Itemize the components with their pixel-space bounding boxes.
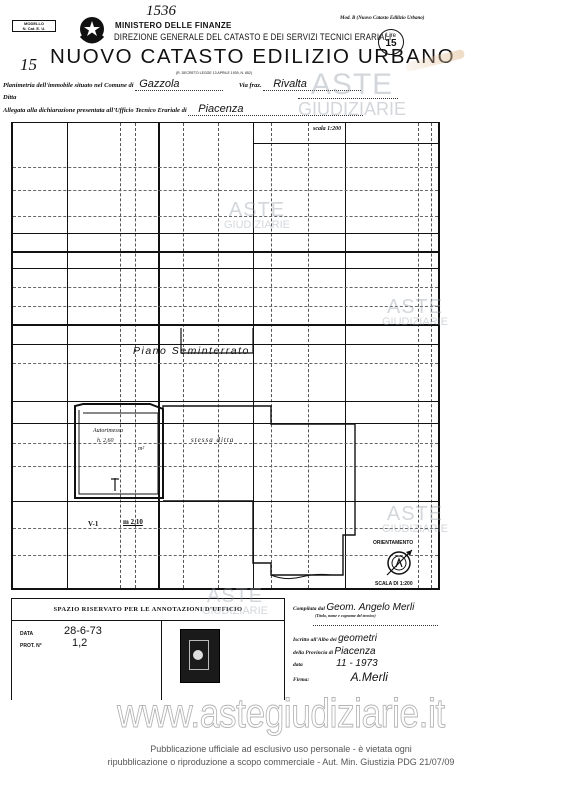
blank-field: [313, 625, 438, 626]
ditta-label: Ditta: [3, 94, 16, 101]
via-value: Rivalta: [273, 78, 307, 90]
handwritten-file-number: 1536: [146, 3, 176, 20]
italian-republic-emblem-icon: [78, 14, 106, 46]
office-prot-label: PROT. N°: [20, 643, 42, 649]
firma-label: Firma:: [293, 677, 309, 683]
disclaimer-line-2: ripubblicazione o riproduzione a scopo c…: [0, 757, 562, 767]
iscritto-row: Iscritto all'Albo dei geometri: [293, 633, 377, 644]
allegata-label: Allegata alla dichiarazione presentata a…: [3, 107, 187, 114]
disclaimer-line-1: Pubblicazione ufficiale ad esclusivo uso…: [0, 744, 562, 754]
office-annotations-left: DATA 28-6-73 PROT. N° 1,2: [12, 621, 162, 700]
direction-name: DIREZIONE GENERALE DEL CATASTO E DEI SER…: [114, 32, 391, 43]
ufficio-field: Piacenza: [188, 103, 363, 116]
ditta-field: [298, 98, 398, 99]
stamp-box-sub: N. Cat. E. U.: [13, 26, 55, 31]
document-subtitle: (R. DECRETO LEGGE 13 APRILE 1939, N. 652…: [176, 71, 252, 75]
room-label-garage: Autorimessa: [93, 428, 123, 434]
iscritto-label: Iscritto all'Albo dei: [293, 637, 337, 643]
provincia-value: Piacenza: [334, 646, 375, 657]
via-field: Rivalta: [263, 78, 361, 91]
provincia-label: della Provincia di: [293, 650, 333, 656]
comune-value: Gazzola: [139, 78, 179, 90]
document-title: NUOVO CATASTO EDILIZIO URBANO: [50, 45, 455, 69]
firma-value: A.Merli: [351, 670, 388, 684]
compilata-row: Compilata dal Geom. Angelo Merli: [293, 602, 414, 613]
ministry-name: MINISTERO DELLE FINANZE: [115, 21, 232, 30]
data-row: data 11 - 1973: [293, 658, 378, 669]
provincia-row: della Provincia di Piacenza: [293, 646, 376, 657]
level-value: m 2,10: [123, 518, 143, 526]
ufficio-value: Piacenza: [198, 103, 243, 115]
floor-plan-outline: [13, 123, 442, 591]
blank-row: [313, 622, 438, 628]
data-value: 11 - 1973: [336, 658, 378, 669]
office-date-label: DATA: [20, 631, 33, 637]
compilata-value: Geom. Angelo Merli: [326, 602, 414, 613]
modello-stamp-box: MODELLO N. Cat. E. U.: [12, 20, 56, 32]
orientation-label: ORIENTAMENTO: [373, 540, 413, 546]
iscritto-value: geometri: [338, 633, 377, 644]
office-prot-value: 1,2: [72, 637, 87, 649]
room-label-other: stessa ditta: [191, 436, 234, 444]
planimetria-row: Planimetria dell'immobile situato nel Co…: [3, 78, 361, 91]
ditta-row: Ditta: [3, 94, 398, 101]
room-height-garage: h. 2,60: [97, 438, 114, 444]
compilata-label: Compilata dal: [293, 606, 325, 612]
allegata-row: Allegata alla dichiarazione presentata a…: [3, 103, 363, 116]
compiled-by-block: Compilata dal Geom. Angelo Merli (Titolo…: [293, 600, 463, 695]
floor-plan-sheet: scala 1:200 Piano Seminterrato Autorimes…: [11, 122, 440, 590]
level-label: V-1: [88, 520, 98, 528]
planimetria-label: Planimetria dell'immobile situato nel Co…: [3, 82, 134, 89]
office-annotations-box: SPAZIO RISERVATO PER LE ANNOTAZIONI D'UF…: [11, 598, 285, 700]
office-stamp-image: [180, 629, 220, 683]
room-area-garage: m²: [138, 446, 144, 452]
office-annotations-header: SPAZIO RISERVATO PER LE ANNOTAZIONI D'UF…: [12, 599, 284, 621]
model-reference: Mod. B (Nuovo Catasto Edilizio Urbano): [340, 16, 424, 21]
watermark-site-url: www.astegiudiziarie.it: [39, 690, 522, 737]
office-date-value: 28-6-73: [64, 625, 102, 637]
scale-label: SCALA DI 1:200: [375, 581, 413, 587]
stamp-emblem-icon: [193, 650, 203, 660]
titolo-note: (Titolo, nome e cognome del tecnico): [315, 613, 376, 618]
data-label: data: [293, 662, 303, 668]
sheet-number: 15: [20, 55, 37, 75]
north-arrow-icon: [384, 548, 414, 578]
firma-row: Firma: A.Merli: [293, 670, 388, 684]
via-label: Via fraz.: [239, 82, 262, 89]
comune-field: Gazzola: [135, 78, 223, 91]
